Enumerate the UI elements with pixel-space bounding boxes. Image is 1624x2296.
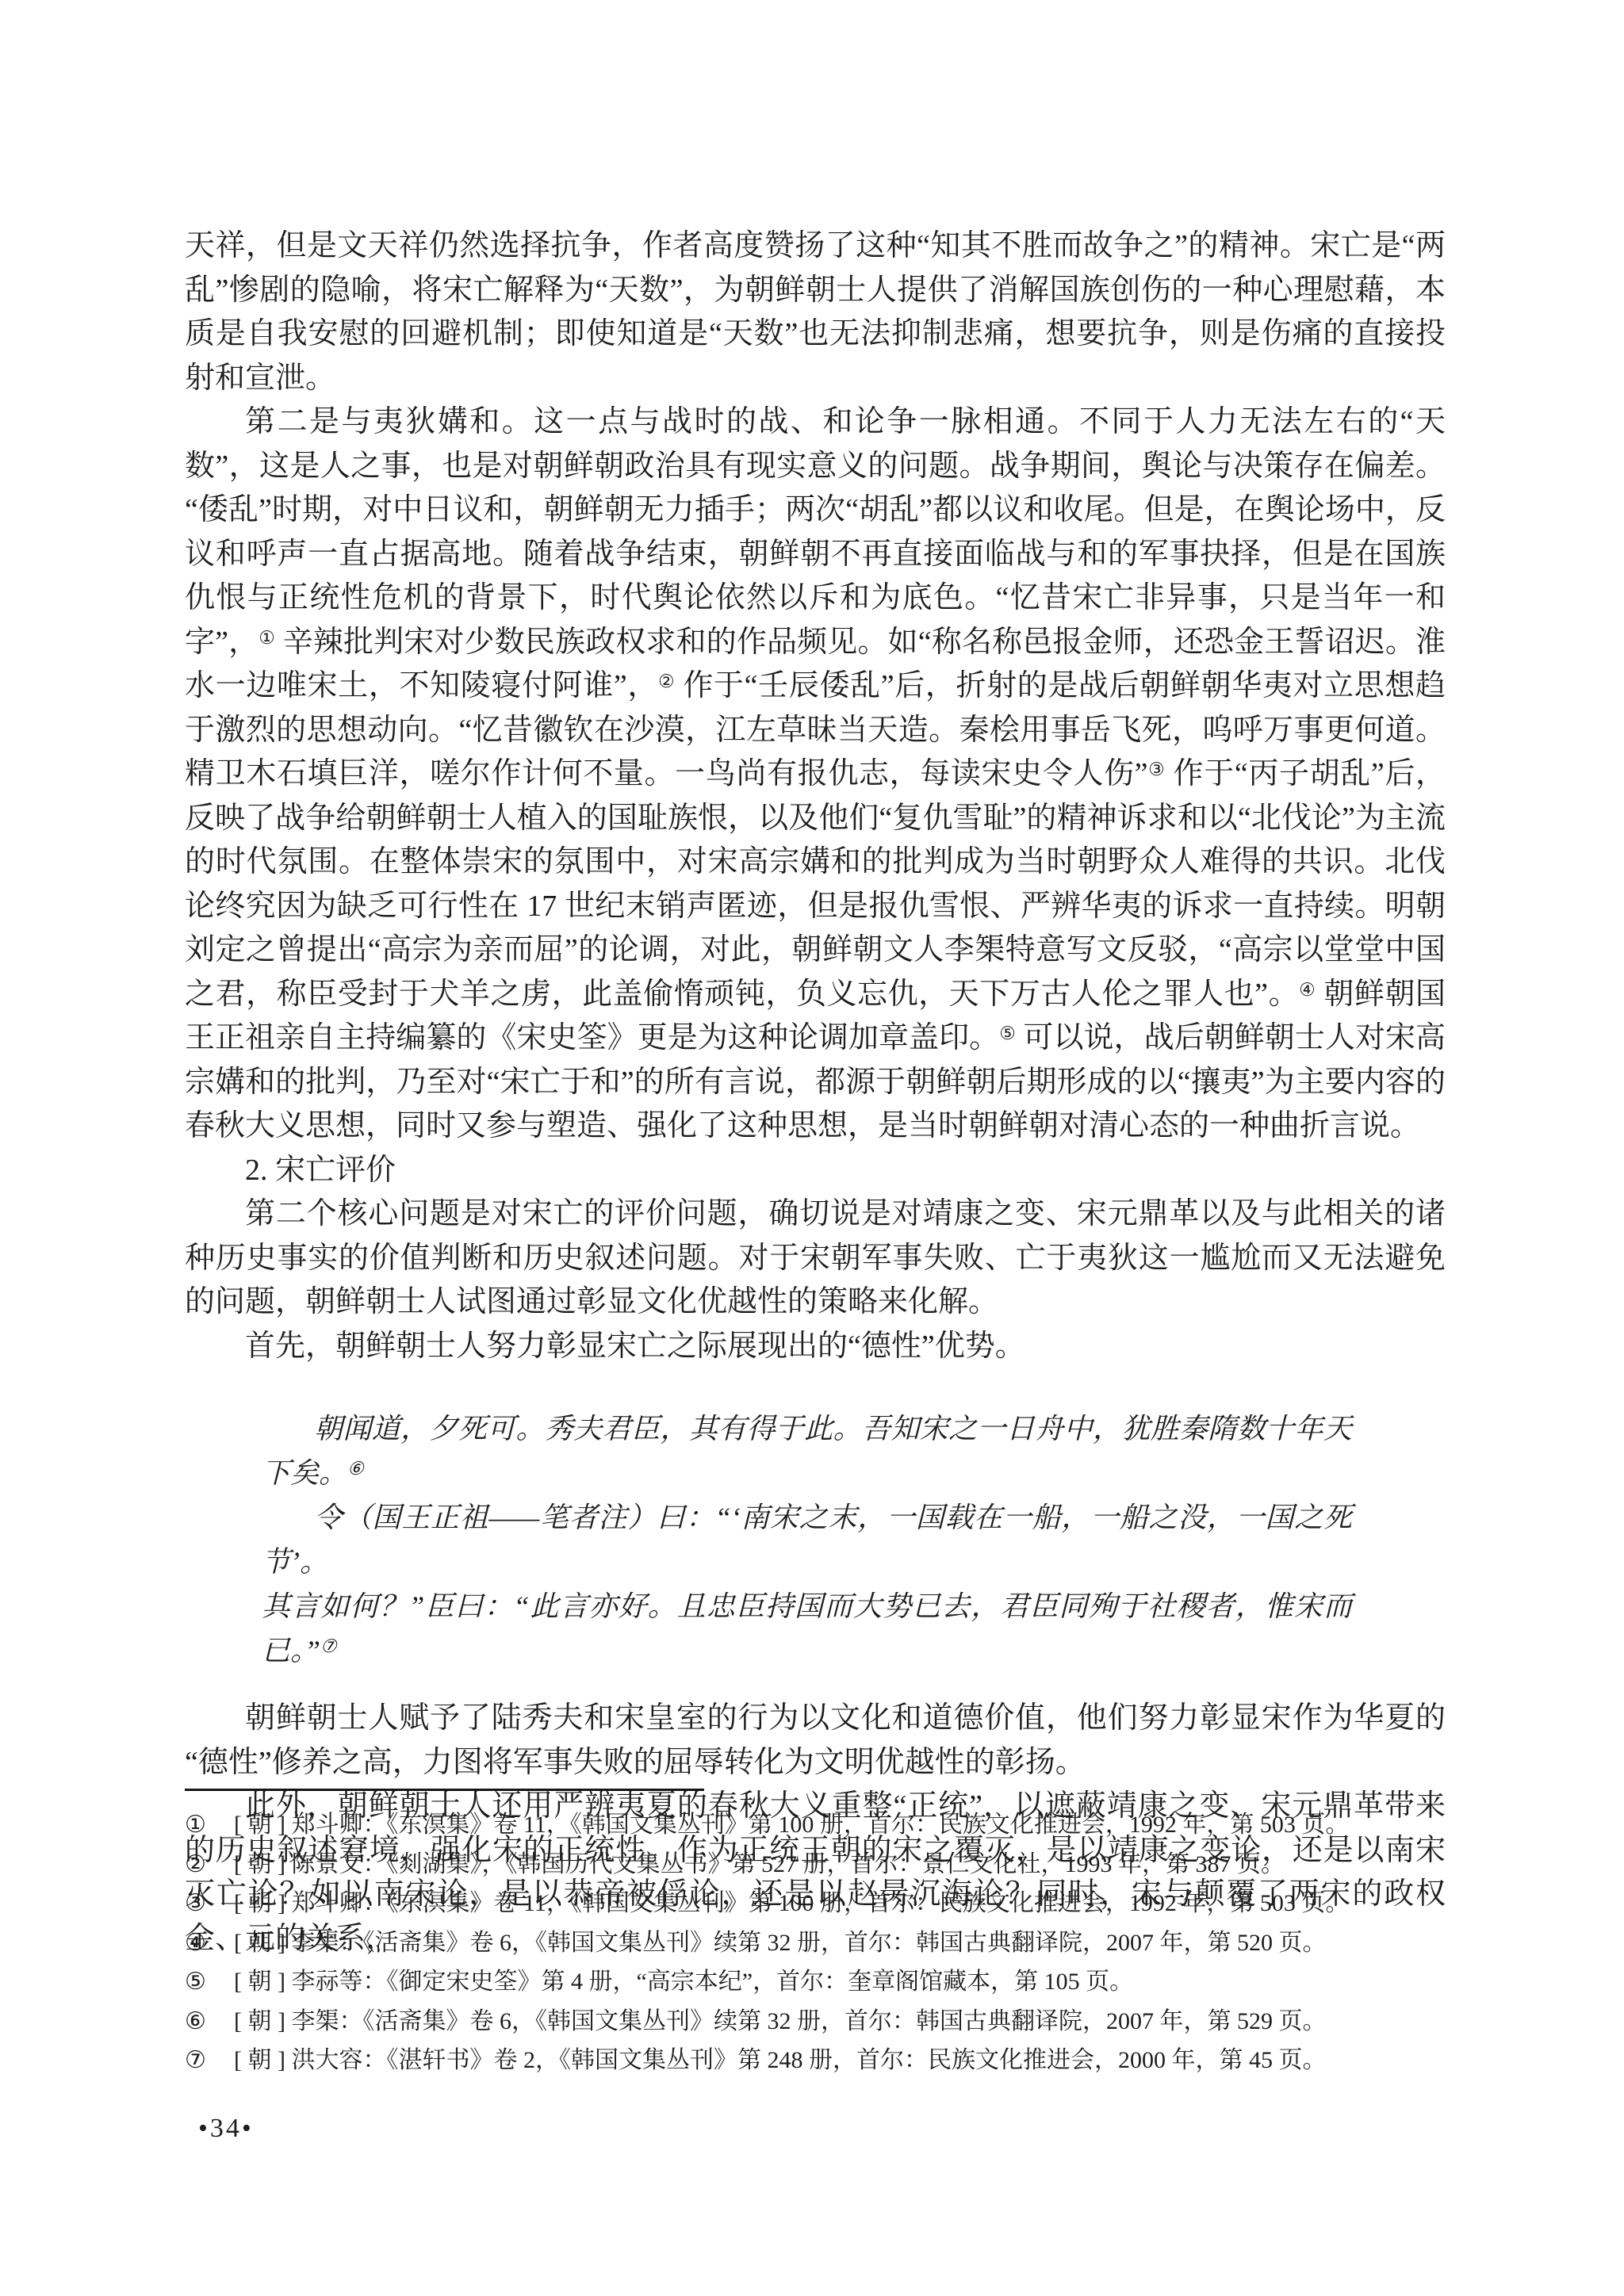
footnote-list: ①[ 朝 ] 郑斗卿：《东溟集》卷 11，《韩国文集丛刊》第 100 册，首尔：…: [185, 1805, 1454, 2080]
footnote-item: ③[ 朝 ] 郑斗卿：《东溟集》卷 11，《韩国文集丛刊》第 100 册，首尔：…: [185, 1884, 1454, 1923]
footnote-text: [ 朝 ] 李祘等：《御定宋史筌》第 4 册，“高宗本纪”，首尔：奎章阁馆藏本，…: [234, 1962, 1454, 2002]
page-number: •34•: [198, 2114, 254, 2144]
footnote-marker: ⑦: [320, 1636, 337, 1656]
paragraph: 第二是与夷狄媾和。这一点与战时的战、和论争一脉相通。不同于人力无法左右的“天数”…: [185, 400, 1446, 1149]
quote-line: 其言如何？”臣曰：“此言亦好。且忠臣持国而大势已去，君臣同殉于社稷者，惟宋而已。…: [262, 1584, 1352, 1673]
footnote-text: [ 朝 ] 郑斗卿：《东溟集》卷 11，《韩国文集丛刊》第 100 册，首尔：民…: [234, 1884, 1454, 1923]
footnote-number: ③: [185, 1884, 234, 1923]
footnote-text: [ 朝 ] 陈景文：《剡湖集》，《韩国历代文集丛书》第 527 册，首尔：景仁文…: [234, 1845, 1454, 1885]
footnote-marker: ④: [1299, 980, 1316, 1000]
footnote-marker: ②: [658, 672, 675, 691]
paragraph: 天祥，但是文天祥仍然选择抗争，作者高度赞扬了这种“知其不胜而故争之”的精神。宋亡…: [185, 224, 1446, 400]
article-body: 天祥，但是文天祥仍然选择抗争，作者高度赞扬了这种“知其不胜而故争之”的精神。宋亡…: [185, 224, 1446, 1961]
footnote-number: ①: [185, 1805, 234, 1845]
footnote-text: [ 朝 ] 郑斗卿：《东溟集》卷 11，《韩国文集丛刊》第 100 册，首尔：民…: [234, 1805, 1454, 1845]
paragraph: 朝鲜朝士人赋予了陆秀夫和宋皇室的行为以文化和道德价值，他们努力彰显宋作为华夏的“…: [185, 1697, 1446, 1785]
footnote-number: ⑦: [185, 2041, 234, 2080]
footnote-number: ④: [185, 1923, 234, 1963]
quote-line: 令（国王正祖——笔者注）曰：“‘南宋之末，一国载在一船，一船之没，一国之死节’。: [262, 1495, 1352, 1584]
footnote-text: [ 朝 ] 李榘：《活斋集》卷 6，《韩国文集丛刊》续第 32 册，首尔：韩国古…: [234, 2002, 1454, 2042]
quote-line: 朝闻道，夕死可。秀夫君臣，其有得于此。吾知宋之一日舟中，犹胜秦隋数十年天下矣。⑥: [262, 1406, 1352, 1495]
footnote-number: ②: [185, 1845, 234, 1885]
section-heading: 2. 宋亡评价: [185, 1149, 1446, 1193]
footnote-item: ②[ 朝 ] 陈景文：《剡湖集》，《韩国历代文集丛书》第 527 册，首尔：景仁…: [185, 1845, 1454, 1885]
paragraph: 首先，朝鲜朝士人努力彰显宋亡之际展现出的“德性”优势。: [185, 1325, 1446, 1369]
footnote-marker: ⑥: [347, 1459, 364, 1479]
footnote-section: ①[ 朝 ] 郑斗卿：《东溟集》卷 11，《韩国文集丛刊》第 100 册，首尔：…: [185, 1789, 1454, 2080]
footnote-text: [ 朝 ] 洪大容：《湛轩书》卷 2，《韩国文集丛刊》第 248 册，首尔：民族…: [234, 2041, 1454, 2080]
footnote-marker: ①: [259, 628, 275, 648]
footnote-item: ⑤[ 朝 ] 李祘等：《御定宋史筌》第 4 册，“高宗本纪”，首尔：奎章阁馆藏本…: [185, 1962, 1454, 2002]
footnote-number: ⑤: [185, 1962, 234, 2002]
document-page: 天祥，但是文天祥仍然选择抗争，作者高度赞扬了这种“知其不胜而故争之”的精神。宋亡…: [0, 0, 1624, 2296]
footnote-item: ④[ 朝 ] 李榘：《活斋集》卷 6，《韩国文集丛刊》续第 32 册，首尔：韩国…: [185, 1923, 1454, 1963]
block-quote: 朝闻道，夕死可。秀夫君臣，其有得于此。吾知宋之一日舟中，犹胜秦隋数十年天下矣。⑥…: [262, 1406, 1352, 1673]
footnote-separator-rule: [185, 1789, 704, 1791]
paragraph: 第二个核心问题是对宋亡的评价问题，确切说是对靖康之变、宋元鼎革以及与此相关的诸种…: [185, 1192, 1446, 1325]
footnote-item: ⑦[ 朝 ] 洪大容：《湛轩书》卷 2，《韩国文集丛刊》第 248 册，首尔：民…: [185, 2041, 1454, 2080]
footnote-item: ①[ 朝 ] 郑斗卿：《东溟集》卷 11，《韩国文集丛刊》第 100 册，首尔：…: [185, 1805, 1454, 1845]
footnote-marker: ③: [1148, 760, 1166, 779]
footnote-text: [ 朝 ] 李榘：《活斋集》卷 6，《韩国文集丛刊》续第 32 册，首尔：韩国古…: [234, 1923, 1454, 1963]
footnote-marker: ⑤: [999, 1024, 1016, 1043]
footnote-item: ⑥[ 朝 ] 李榘：《活斋集》卷 6，《韩国文集丛刊》续第 32 册，首尔：韩国…: [185, 2002, 1454, 2042]
footnote-number: ⑥: [185, 2002, 234, 2042]
